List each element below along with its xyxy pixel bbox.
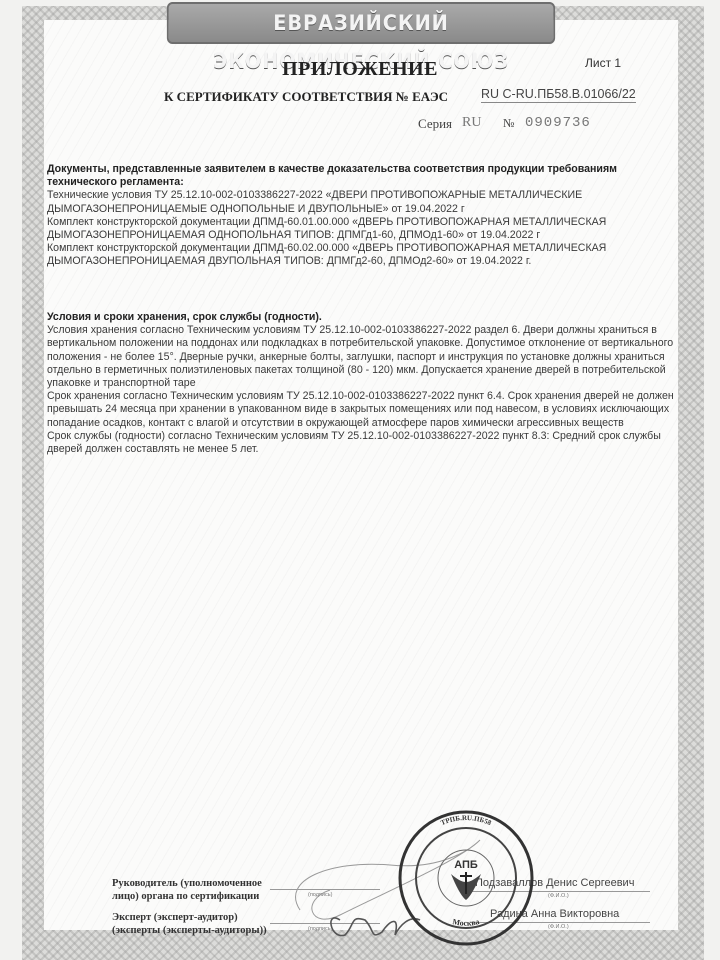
documents-heading: Документы, представленные заявителем в к… xyxy=(47,163,675,189)
document-item: Комплект конструкторской документации ДП… xyxy=(47,242,675,268)
certificate-paper xyxy=(44,20,678,930)
head-label: Руководитель (уполномоченное лицо) орган… xyxy=(112,877,262,903)
stamp-bottom-text: Москва xyxy=(452,917,480,928)
page-title: ПРИЛОЖЕНИЕ xyxy=(0,58,720,81)
head-label-line1: Руководитель (уполномоченное xyxy=(112,877,262,890)
storage-heading: Условия и сроки хранения, срок службы (г… xyxy=(47,311,675,324)
documents-section: Документы, представленные заявителем в к… xyxy=(47,163,675,269)
storage-item: Срок хранения согласно Техническим услов… xyxy=(47,390,675,430)
series-value: RU xyxy=(462,115,481,131)
series-label: Серия xyxy=(418,116,452,132)
footer-border xyxy=(44,930,678,960)
document-item: Комплект конструкторской документации ДП… xyxy=(47,216,675,242)
storage-item: Срок службы (годности) согласно Техничес… xyxy=(47,430,675,456)
stamp-center-text: АПБ xyxy=(454,859,478,871)
head-fio-caption: (Ф.И.О.) xyxy=(548,893,569,899)
document-item: Технические условия ТУ 25.12.10-002-0103… xyxy=(47,189,675,215)
eaeu-banner: ЕВРАЗИЙСКИЙ ЭКОНОМИЧЕСКИЙ СОЮЗ xyxy=(167,2,555,44)
form-number: 0909736 xyxy=(525,115,591,131)
head-label-line2: лицо) органа по сертификации xyxy=(112,890,262,903)
certificate-subtitle: К СЕРТИФИКАТУ СООТВЕТСТВИЯ № ЕАЭС xyxy=(164,89,448,105)
number-label: № xyxy=(503,116,514,131)
expert-label-line1: Эксперт (эксперт-аудитор) xyxy=(112,911,267,924)
stamp-icon: ТРПБ.RU.ПБ58 Москва АПБ xyxy=(396,808,536,948)
certificate-number: RU C-RU.ПБ58.В.01066/22 xyxy=(481,87,636,103)
storage-item: Условия хранения согласно Техническим ус… xyxy=(47,324,675,390)
svg-text:Москва: Москва xyxy=(452,917,480,928)
storage-section: Условия и сроки хранения, срок службы (г… xyxy=(47,311,675,456)
